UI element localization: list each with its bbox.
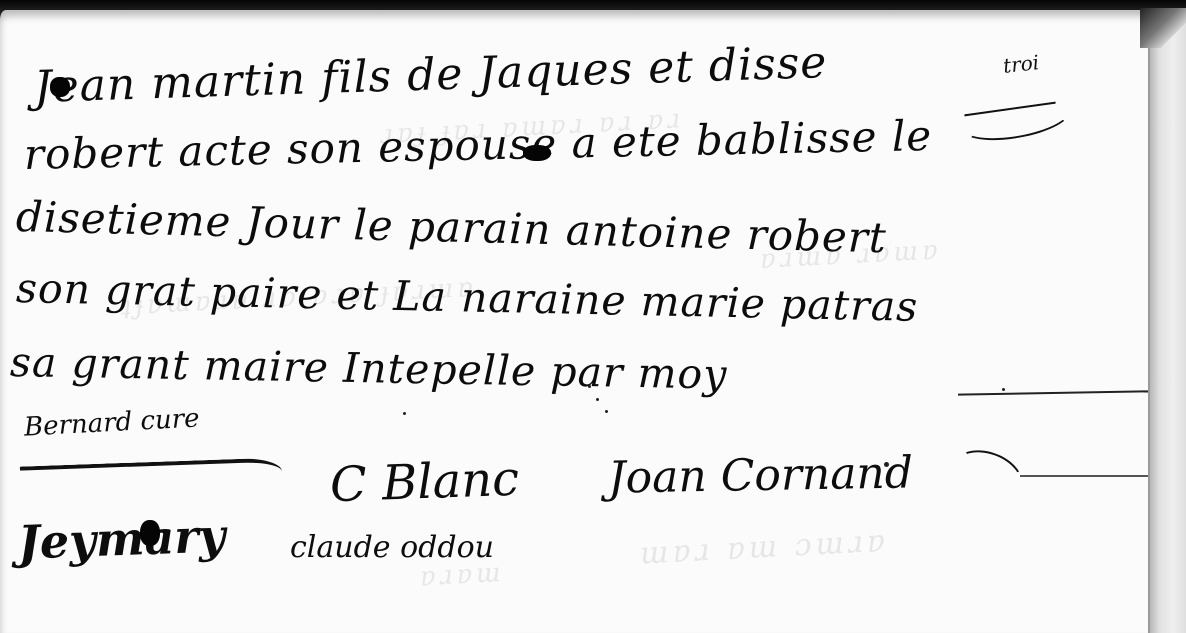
signature-trailing-line <box>1020 475 1148 477</box>
signature-claude-oddou: claude oddou <box>290 530 494 565</box>
ink-speckle <box>596 398 599 401</box>
signature-joan-cornand: Joan Cornand <box>608 447 914 503</box>
ink-speckle <box>1002 388 1005 391</box>
ink-blot <box>523 145 551 161</box>
ink-blot <box>50 77 70 97</box>
ink-speckle <box>884 462 889 467</box>
signature-c-blanc: C Blanc <box>329 451 520 514</box>
signature-jeymary: Jeymary <box>17 508 226 569</box>
ink-speckle <box>605 410 608 413</box>
correction-superscript: troi <box>1002 50 1040 78</box>
page-right-edge <box>1148 10 1186 633</box>
ink-speckle <box>588 385 591 388</box>
ink-blot <box>140 520 160 546</box>
page-corner-fold <box>1140 8 1186 48</box>
ink-speckle <box>403 412 406 415</box>
